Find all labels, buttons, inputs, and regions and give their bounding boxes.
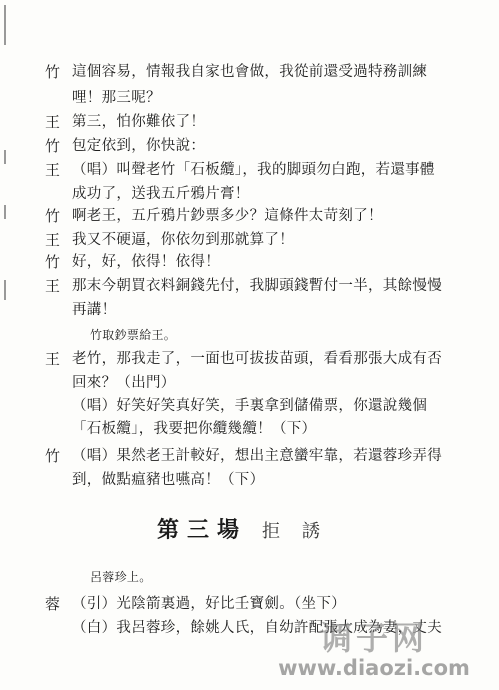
dialogue-text: （唱）好笑好笑真好笑，手裏拿到儲備票，你還說幾個 xyxy=(72,395,427,417)
speaker-label: 蓉 xyxy=(45,593,65,615)
scene-heading: 第三場 拒誘 xyxy=(0,513,499,547)
dialogue-text: 哩！那三呢？ xyxy=(72,87,161,109)
dialogue-text: 我又不硬逼，你依勿到那就算了！ xyxy=(72,229,294,251)
scene-number: 第三場 xyxy=(157,518,247,543)
dialogue-text: 這個容易，情報我自家也會做，我從前還受過特務訓練 xyxy=(72,61,427,83)
speaker-label: 王 xyxy=(45,111,65,133)
dialogue-line: 王 那末今朝買衣料銅錢先付，我脚頭錢暫付一半，其餘慢慢 xyxy=(0,275,499,297)
dialogue-line: 竹 啊老王，五斤鴉片鈔票多少？這條件太苛刻了！ xyxy=(0,205,499,227)
dialogue-text: 回來？（出門） xyxy=(72,372,176,394)
dialogue-text: 包定依到，你快說： xyxy=(72,135,205,157)
scene-name: 拒誘 xyxy=(262,521,342,542)
dialogue-line: 哩！那三呢？ xyxy=(0,87,499,109)
dialogue-line: 竹 （唱）果然老王計較好，想出主意蠻牢靠，若還蓉珍弄得 xyxy=(0,445,499,467)
dialogue-text: （唱）果然老王計較好，想出主意蠻牢靠，若還蓉珍弄得 xyxy=(72,445,442,467)
dialogue-line: 竹 這個容易，情報我自家也會做，我從前還受過特務訓練 xyxy=(0,61,499,83)
dialogue-text: （引）光陰箭裏過，好比壬寶劍。（坐下） xyxy=(72,593,346,615)
speaker-label: 王 xyxy=(45,229,65,251)
dialogue-line: 蓉 （引）光陰箭裏過，好比壬寶劍。（坐下） xyxy=(0,593,499,615)
speaker-label: 竹 xyxy=(45,445,65,467)
dialogue-text: 再講！ xyxy=(72,299,116,321)
page: 竹 這個容易，情報我自家也會做，我從前還受過特務訓練 哩！那三呢？ 王 第三，怕… xyxy=(0,0,499,690)
dialogue-text: 到，做點瘟豬也嚥高！（下） xyxy=(72,469,264,491)
speaker-label: 王 xyxy=(45,275,65,297)
stage-direction-text: 呂蓉珍上。 xyxy=(90,566,152,588)
watermark-url: www.diaozi.com xyxy=(259,656,489,680)
dialogue-line: 再講！ xyxy=(0,299,499,321)
speaker-label: 竹 xyxy=(45,251,65,273)
watermark: 调子网 www.diaozi.com xyxy=(259,620,489,680)
stage-direction: 竹取鈔票給王。 xyxy=(0,324,499,346)
dialogue-line: 「石板纜」，我要把你纜幾纜！（下） xyxy=(0,418,499,440)
speaker-label: 王 xyxy=(45,348,65,370)
dialogue-line: 王 我又不硬逼，你依勿到那就算了！ xyxy=(0,229,499,251)
dialogue-line: 回來？（出門） xyxy=(0,372,499,394)
dialogue-text: （唱）叫聲老竹「石板纜」，我的脚頭勿白跑，若還事體 xyxy=(72,159,435,181)
dialogue-text: 那末今朝買衣料銅錢先付，我脚頭錢暫付一半，其餘慢慢 xyxy=(72,275,442,297)
dialogue-text: 好，好，依得！依得！ xyxy=(72,251,220,273)
dialogue-line: 王 老竹，那我走了，一面也可拔拔苗頭，看看那張大成有否 xyxy=(0,348,499,370)
dialogue-text: 成功了，送我五斤鴉片膏！ xyxy=(72,183,250,205)
scan-artifact xyxy=(4,5,6,45)
dialogue-text: 啊老王，五斤鴉片鈔票多少？這條件太苛刻了！ xyxy=(72,205,383,227)
dialogue-text: 老竹，那我走了，一面也可拔拔苗頭，看看那張大成有否 xyxy=(72,348,442,370)
dialogue-line: 竹 包定依到，你快說： xyxy=(0,135,499,157)
stage-direction-text: 竹取鈔票給王。 xyxy=(90,324,176,346)
stage-direction: 呂蓉珍上。 xyxy=(0,566,499,588)
dialogue-line: 王 （唱）叫聲老竹「石板纜」，我的脚頭勿白跑，若還事體 xyxy=(0,159,499,181)
dialogue-line: 王 第三，怕你難依了！ xyxy=(0,111,499,133)
dialogue-line: 到，做點瘟豬也嚥高！（下） xyxy=(0,469,499,491)
speaker-label: 竹 xyxy=(45,135,65,157)
speaker-label: 王 xyxy=(45,159,65,181)
watermark-site-name: 调子网 xyxy=(259,620,489,656)
speaker-label: 竹 xyxy=(45,61,65,83)
dialogue-line: 成功了，送我五斤鴉片膏！ xyxy=(0,183,499,205)
dialogue-line: （唱）好笑好笑真好笑，手裏拿到儲備票，你還說幾個 xyxy=(0,395,499,417)
dialogue-text: 第三，怕你難依了！ xyxy=(72,111,205,133)
dialogue-text: 「石板纜」，我要把你纜幾纜！（下） xyxy=(72,418,316,440)
speaker-label: 竹 xyxy=(45,205,65,227)
dialogue-line: 竹 好，好，依得！依得！ xyxy=(0,251,499,273)
